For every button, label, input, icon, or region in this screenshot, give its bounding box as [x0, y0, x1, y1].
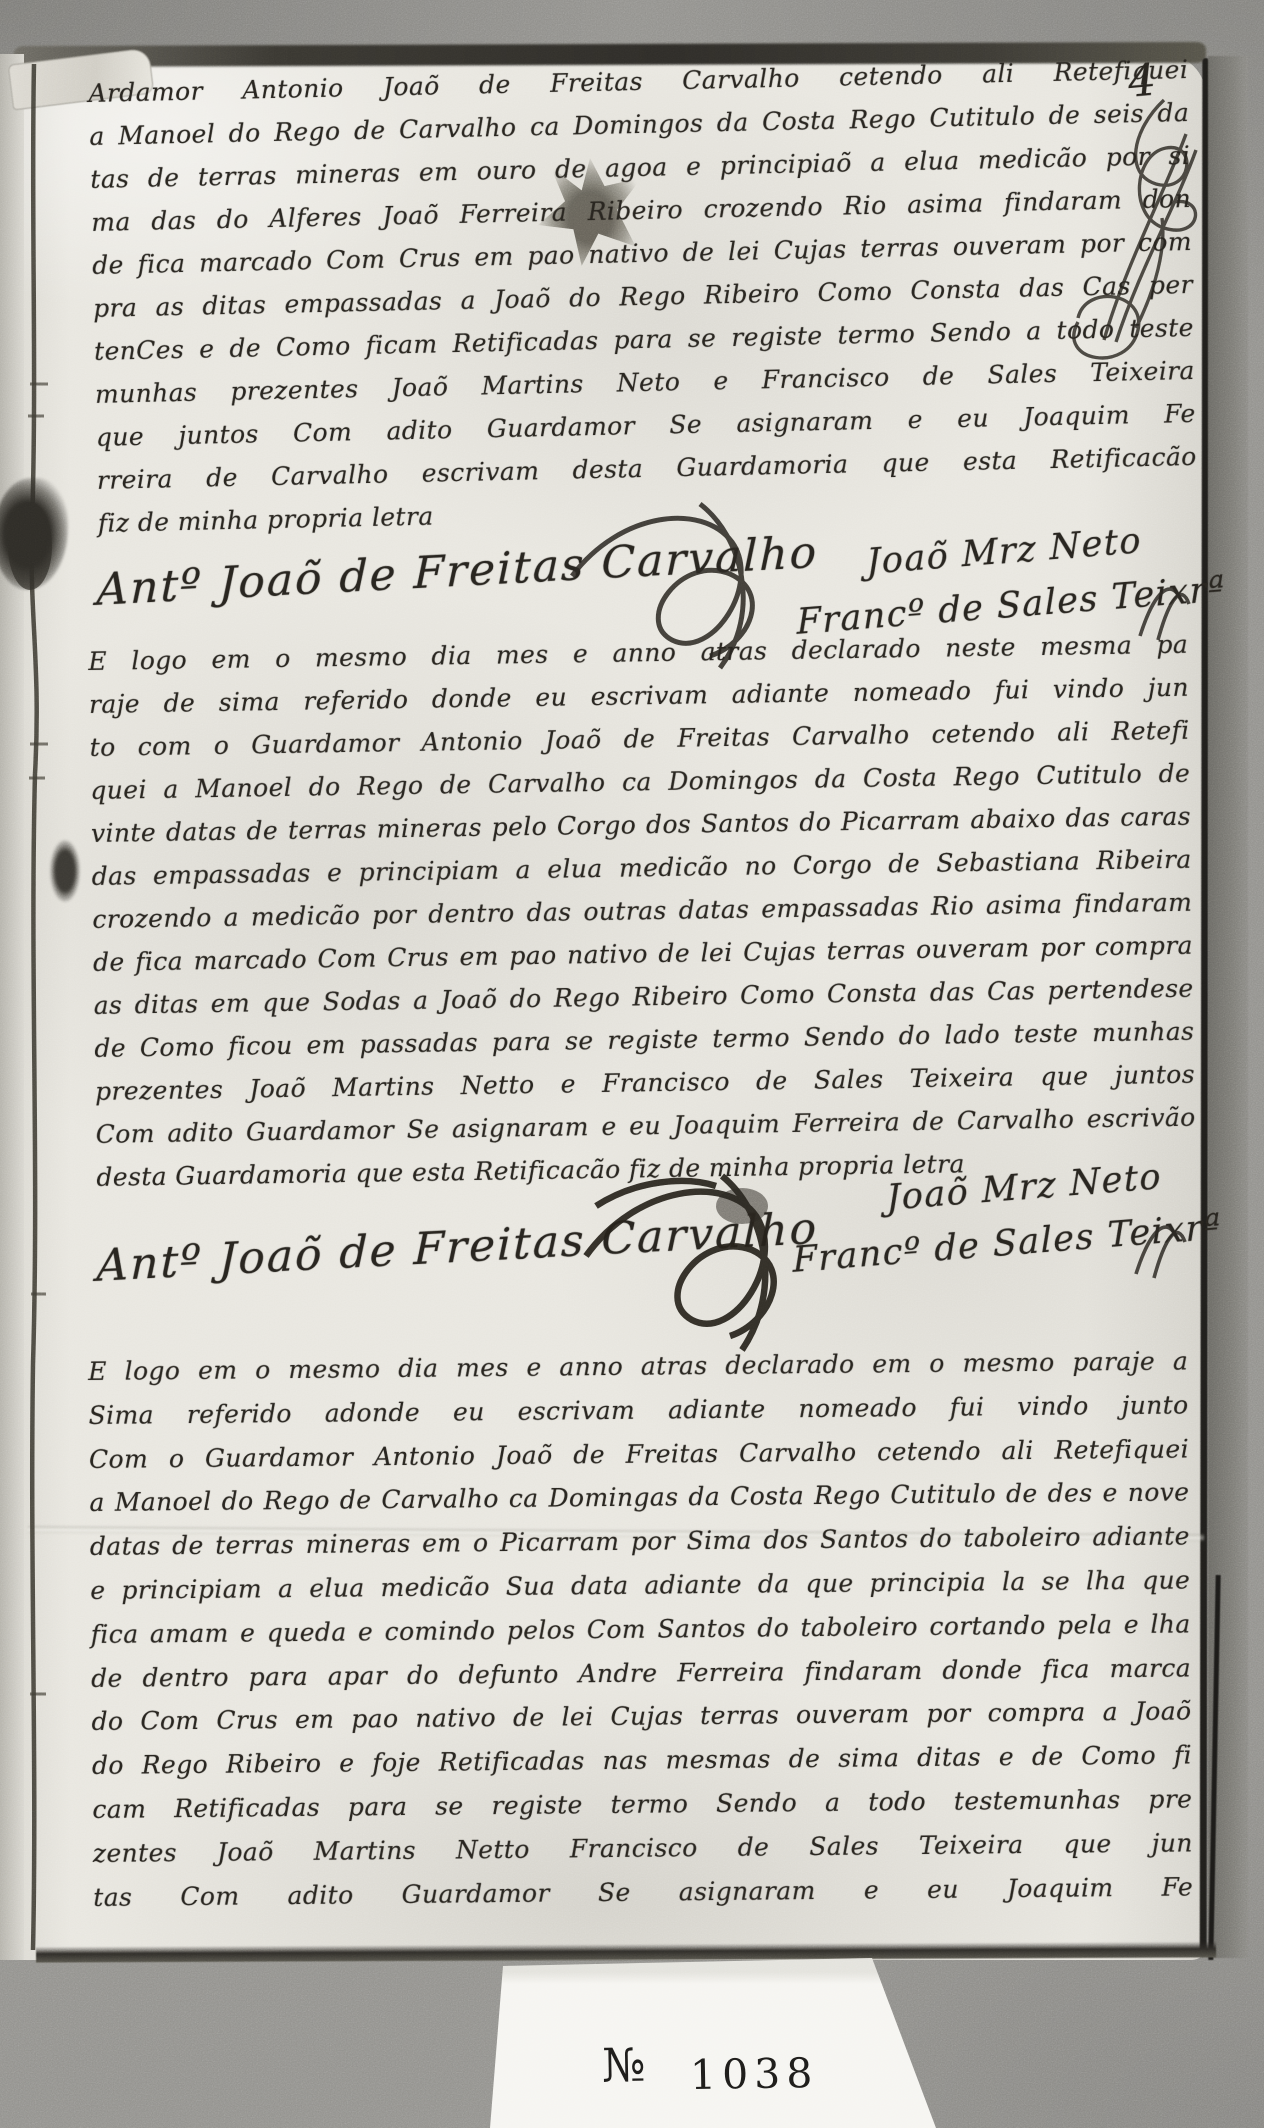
signature-flourish-icon: [566, 1146, 806, 1356]
archive-number: 1038: [690, 2049, 819, 2099]
scanner-background: 4 Ardamor Antonio Joaõ de Freitas Carval…: [0, 0, 1264, 2128]
record-1-text: Ardamor Antonio Joaõ de Freitas Carvalho…: [88, 48, 1198, 545]
record-2-text: E logo em o mesmo dia mes e anno atras d…: [88, 623, 1197, 1199]
numero-sign: №: [602, 2038, 646, 2093]
archive-number-slip: № 1038: [486, 1950, 942, 2128]
record-3-text: E logo em o mesmo dia mes e anno atras d…: [88, 1339, 1193, 1919]
ink-blot-small: [50, 840, 80, 902]
signature-paraph-icon: [1128, 1204, 1188, 1282]
